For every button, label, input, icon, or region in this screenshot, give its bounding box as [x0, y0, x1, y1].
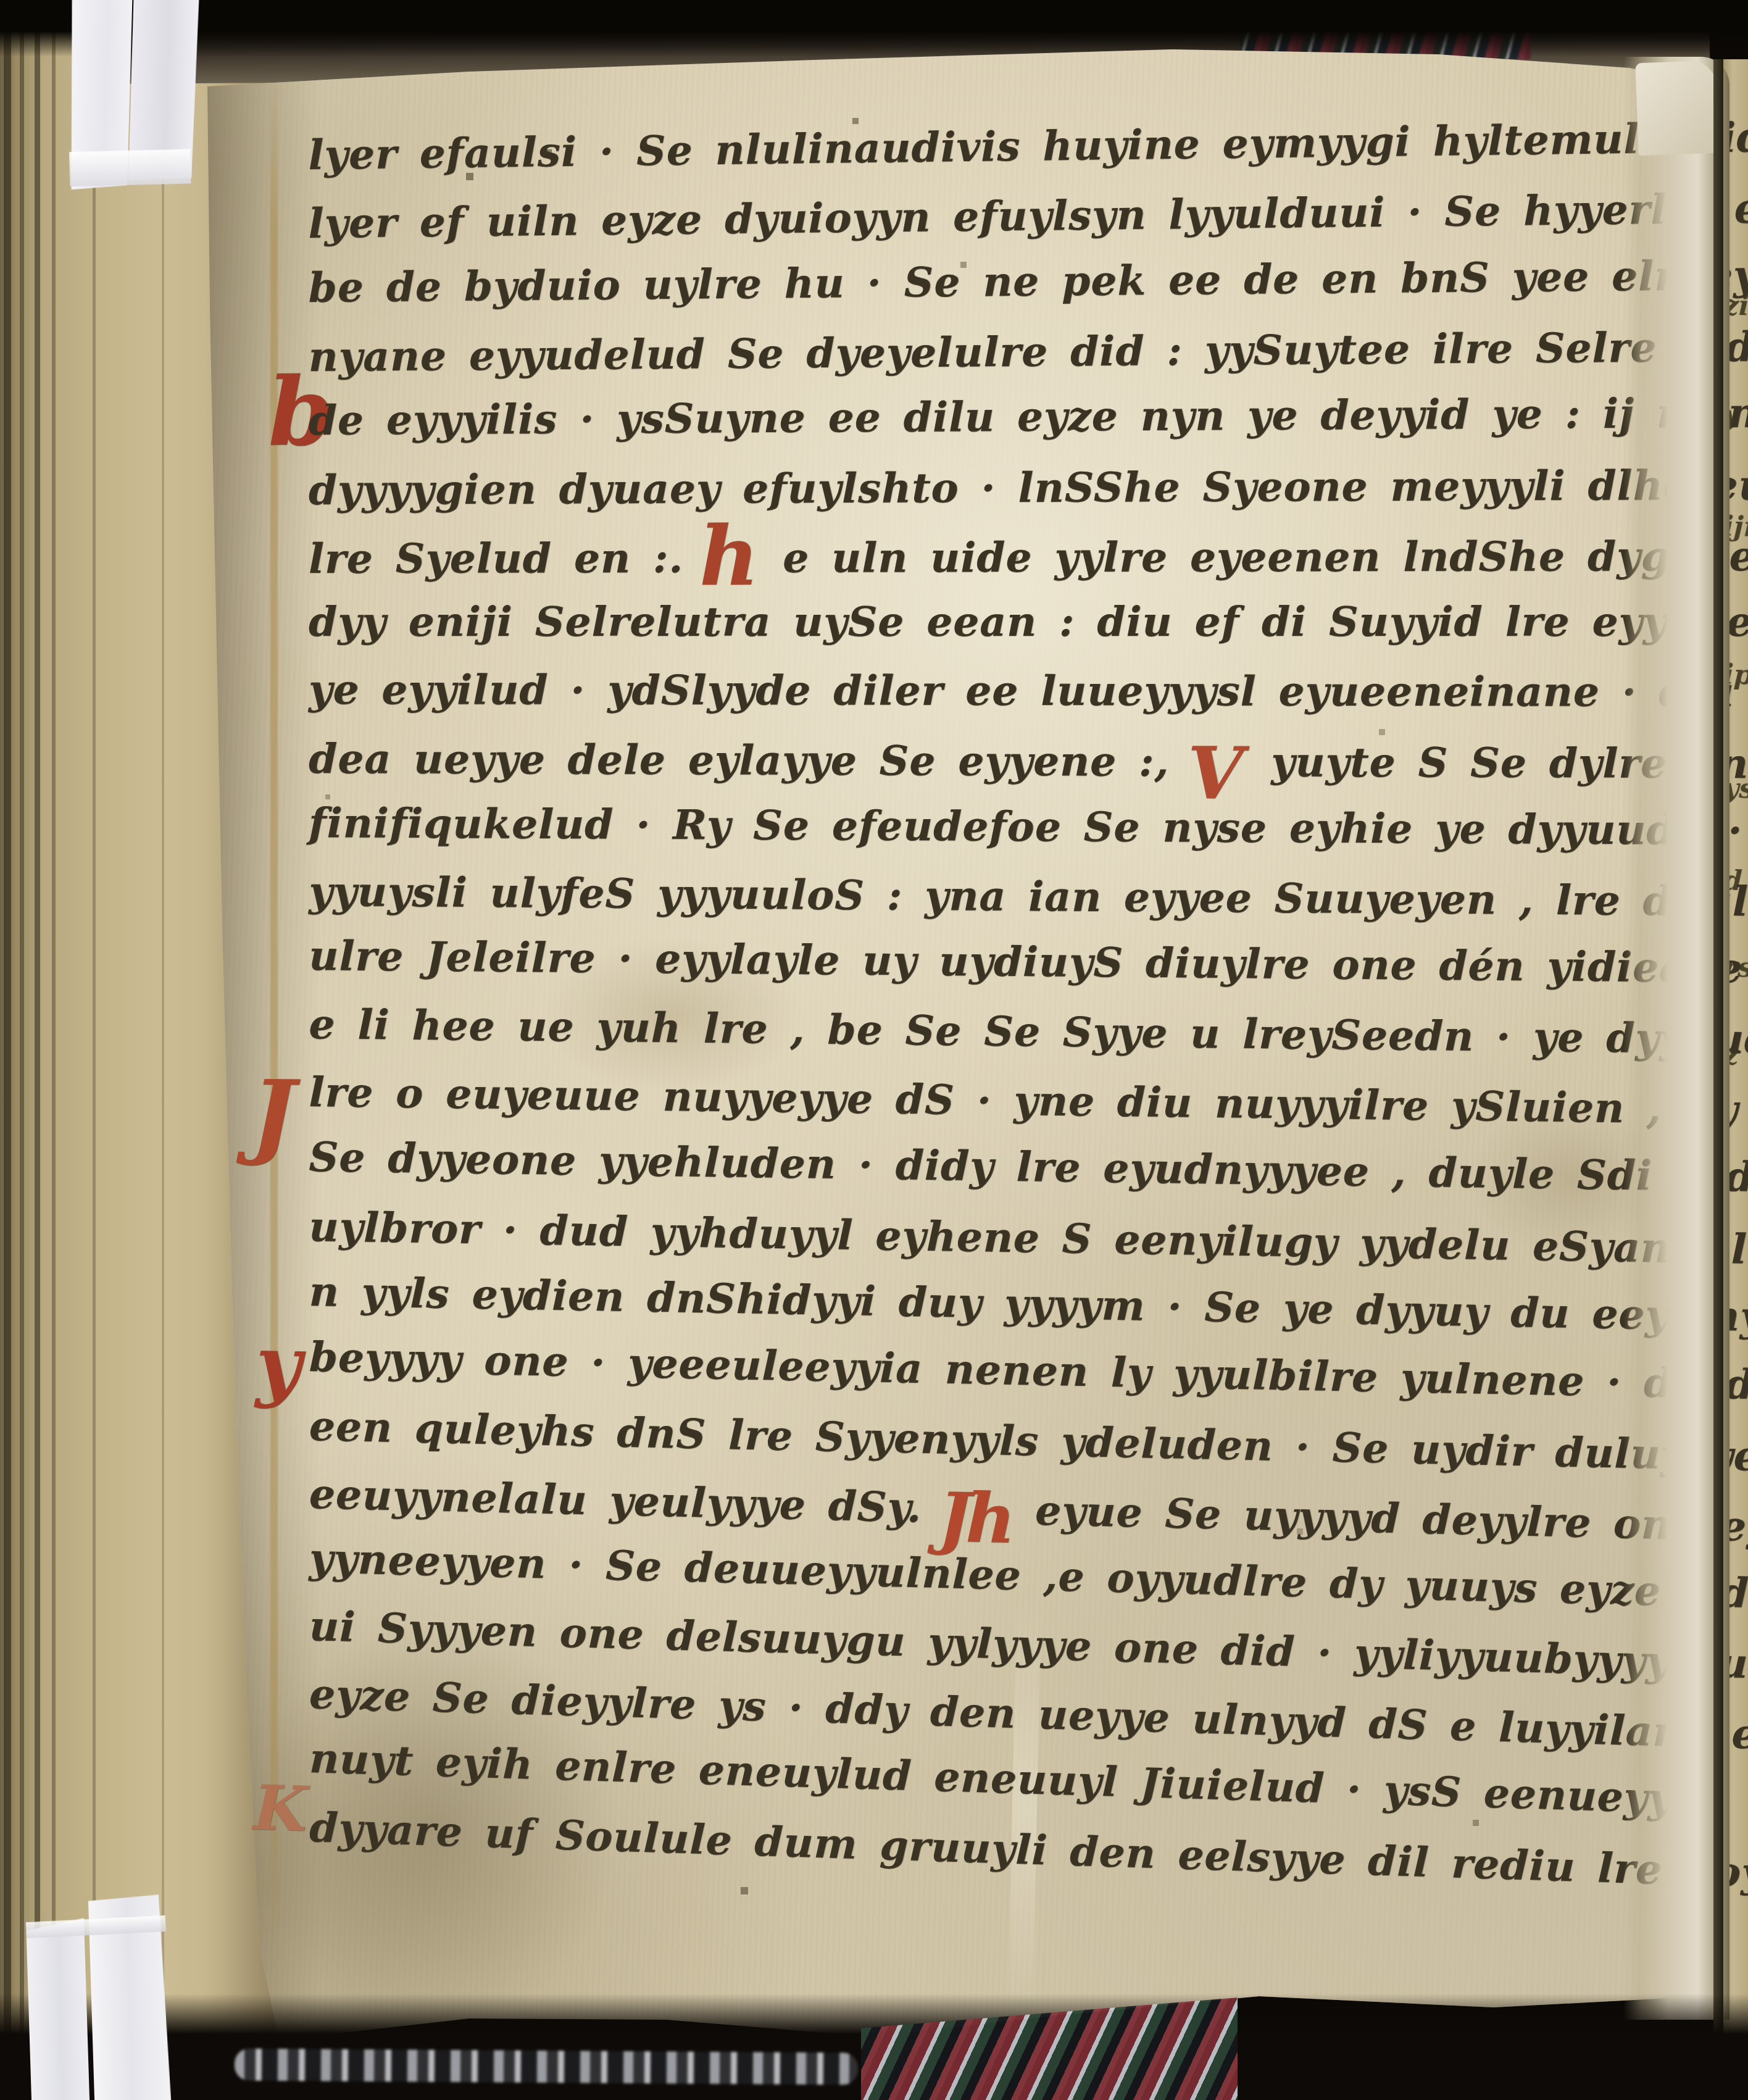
manuscript-line: lre Syelud en :.he uln uide yylre eyeene…: [309, 531, 1748, 604]
text-block: lyer efaulsi · Se nlulinaudivis huyine e…: [0, 0, 1748, 2100]
archival-clip-top: [66, 0, 204, 201]
clip-fold: [69, 149, 191, 186]
manuscript-line: be de byduio uylre hu · Se ne pek ee de …: [308, 249, 1748, 333]
manuscript-line: finifiqukelud · Ry Se efeudefoe Se nyse …: [309, 799, 1748, 876]
manuscript-line: ulre Jeleilre · eyylayle uy uydiuyS diuy…: [309, 931, 1748, 1014]
line-text: dea ueyye dele eylayye Se eyyene :,: [309, 735, 1169, 786]
line-text: de eyyyilis · ysSuyne ee dilu eyze nyn y…: [309, 388, 1748, 444]
archival-clip-bottom: [25, 1894, 189, 2100]
rubric-initial: y: [256, 1364, 302, 1365]
manuscript-line: dea ueyye dele eylayye Se eyyene :,Vyuyt…: [309, 735, 1748, 810]
rubric-initial: K: [254, 1808, 308, 1810]
manuscript-line: ye eyyilud · ydSlyyde diler ee luueyyysl…: [309, 665, 1748, 738]
rubric-initial: J: [251, 1114, 296, 1115]
manuscript-line: dyyyygien dyuaey efuylshto · lnSShe Syeo…: [309, 460, 1748, 535]
line-text: lyer efaulsi · Se nlulinaudivis huyine e…: [308, 112, 1748, 179]
manuscript-line: de eyyyilis · ysSuyne ee dilu eyze nyn y…: [309, 388, 1748, 465]
line-text: dyyyygien dyuaey efuylshto · lnSShe Syeo…: [309, 460, 1748, 514]
line-text: finifiqukelud · Ry Se efeudefoe Se nyse …: [309, 799, 1748, 855]
fore-edge-crevice: [1713, 59, 1723, 2035]
clip-strip: [26, 1918, 89, 2100]
manuscript-photo: zisyijripsysdrsz lyer efaulsi · Se nluli…: [0, 0, 1748, 2100]
line-text: e uln uide yylre eyeenen lndShe dyg · ee…: [783, 531, 1748, 581]
fore-edge-corner-flap: [1635, 60, 1718, 156]
line-text: lre Syelud en :.: [309, 534, 683, 583]
line-text: yyuysli ulyfeS yyyuuloS : yna ian eyyee …: [309, 867, 1748, 926]
rubric-initial: Jh: [939, 1517, 1010, 1519]
manuscript-line: dyy eniji Selrelutra uySe eean : diu ef …: [309, 598, 1748, 667]
line-text: dyy eniji Selrelutra uySe eean : diu ef …: [309, 598, 1748, 646]
book-support-streak: [235, 2048, 858, 2085]
line-text: ye eyyilud · ydSlyyde diler ee luueyyysl…: [309, 665, 1748, 717]
